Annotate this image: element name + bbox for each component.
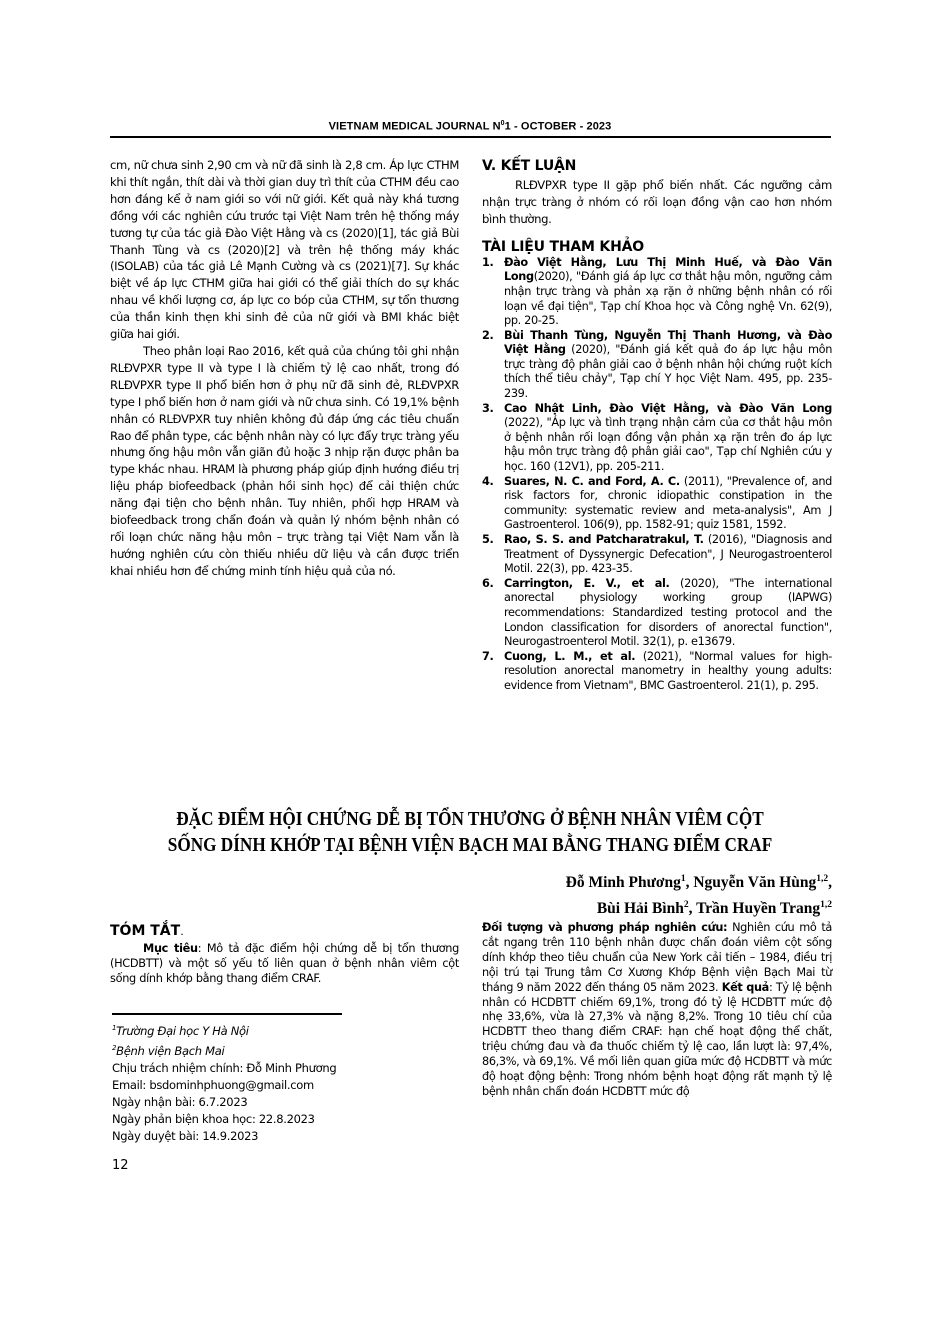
objective-label: Mục tiêu — [143, 942, 198, 955]
discussion-paragraph-1: cm, nữ chưa sinh 2,90 cm và nữ đã sinh l… — [110, 157, 459, 343]
author-affiliation: 1,2 — [820, 900, 832, 910]
reference-item: 6.Carrington, E. V., et al. (2020), "The… — [482, 577, 832, 650]
footnote-rule — [112, 1013, 342, 1015]
affiliation-text: Trường Đại học Y Hà Nội — [116, 1024, 249, 1038]
footnotes: 1Trường Đại học Y Hà Nội 2Bệnh viện Bạch… — [112, 1020, 452, 1145]
abstract-objective: Mục tiêu: Mô tả đặc điểm hội chứng dễ bị… — [110, 941, 459, 986]
reference-item: 7.Cuong, L. M., et al. (2021), "Normal v… — [482, 650, 832, 694]
reference-number: 1. — [482, 256, 493, 271]
reference-item: 5.Rao, S. S. and Patcharatrakul, T. (201… — [482, 533, 832, 577]
reference-number: 6. — [482, 577, 493, 592]
header-rule — [110, 136, 831, 138]
corresponding-email: Email: bsdominhphuong@gmail.com — [112, 1077, 452, 1094]
issue-date: 1 - OCTOBER - 2023 — [505, 121, 612, 133]
discussion-column: cm, nữ chưa sinh 2,90 cm và nữ đã sinh l… — [110, 157, 459, 580]
conclusion-heading: V. KẾT LUẬN — [482, 157, 832, 175]
received-date: Ngày nhận bài: 6.7.2023 — [112, 1094, 452, 1111]
reference-authors: Cao Nhật Linh, Đào Việt Hằng, và Đào Văn… — [504, 402, 832, 415]
discussion-paragraph-2: Theo phân loại Rao 2016, kết quả của chú… — [110, 343, 459, 580]
journal-name: VIETNAM MEDICAL JOURNAL N — [329, 121, 501, 133]
article-title-line-1: ĐẶC ĐIỂM HỘI CHỨNG DỄ BỊ TỔN THƯƠNG Ở BỆ… — [160, 806, 779, 832]
reference-item: 1.Đào Việt Hằng, Lưu Thị Minh Huế, và Đà… — [482, 256, 832, 329]
running-header: VIETNAM MEDICAL JOURNAL N01 - OCTOBER - … — [110, 120, 830, 133]
reference-text: (2020), "Đánh giá áp lực cơ thắt hậu môn… — [504, 270, 832, 327]
reference-number: 4. — [482, 475, 493, 490]
author-name: Nguyễn Văn Hùng — [693, 874, 816, 891]
methods-label: Đối tượng và phương pháp nghiên cứu: — [482, 921, 727, 934]
abstract-heading-text: TÓM TẮT — [110, 923, 180, 939]
reference-item: 2.Bùi Thanh Tùng, Nguyễn Thị Thanh Hương… — [482, 329, 832, 402]
author-name: Bùi Hải Bình — [597, 900, 684, 917]
abstract-heading-period: . — [180, 925, 184, 938]
review-date: Ngày phản biện khoa học: 22.8.2023 — [112, 1111, 452, 1128]
reference-authors: Rao, S. S. and Patcharatrakul, T. — [504, 533, 704, 546]
reference-number: 2. — [482, 329, 493, 344]
abstract-left: TÓM TẮT. Mục tiêu: Mô tả đặc điểm hội ch… — [110, 922, 459, 986]
references-list: 1.Đào Việt Hằng, Lưu Thị Minh Huế, và Đà… — [482, 256, 832, 694]
reference-number: 3. — [482, 402, 493, 417]
references-heading: TÀI LIỆU THAM KHẢO — [482, 238, 832, 256]
reference-number: 5. — [482, 533, 493, 548]
reference-authors: Carrington, E. V., et al. — [504, 577, 670, 590]
author-separator: , — [689, 900, 696, 917]
conclusion-references-column: V. KẾT LUẬN RLĐVPXR type II gặp phổ biến… — [482, 157, 832, 694]
reference-authors: Cuong, L. M., et al. — [504, 650, 635, 663]
reference-item: 3.Cao Nhật Linh, Đào Việt Hằng, và Đào V… — [482, 402, 832, 475]
journal-page: VIETNAM MEDICAL JOURNAL N01 - OCTOBER - … — [0, 0, 942, 1333]
author-name: Trần Huyền Trang — [696, 900, 820, 917]
author-separator: , — [828, 874, 832, 891]
page-number: 12 — [112, 1158, 129, 1173]
reference-item: 4.Suares, N. C. and Ford, A. C. (2011), … — [482, 475, 832, 533]
article-title-line-2: SỐNG DÍNH KHỚP TẠI BỆNH VIỆN BẠCH MAI BẰ… — [160, 832, 779, 858]
results-label: Kết quả — [722, 981, 769, 994]
reference-text: (2022), "Áp lực và tình trạng nhận cảm c… — [504, 416, 832, 473]
affiliation-2: 2Bệnh viện Bạch Mai — [112, 1040, 452, 1060]
abstract-heading: TÓM TẮT. — [110, 922, 459, 941]
author-list: Đỗ Minh Phương1, Nguyễn Văn Hùng1,2, Bùi… — [566, 868, 832, 920]
affiliation-1: 1Trường Đại học Y Hà Nội — [112, 1020, 452, 1040]
affiliation-text: Bệnh viện Bạch Mai — [116, 1044, 224, 1058]
abstract-right: Đối tượng và phương pháp nghiên cứu: Ngh… — [482, 921, 832, 1100]
accepted-date: Ngày duyệt bài: 14.9.2023 — [112, 1128, 452, 1145]
reference-number: 7. — [482, 650, 493, 665]
results-text: : Tỷ lệ bệnh nhân có HCDBTT chiếm 69,1%,… — [482, 981, 832, 1098]
author-name: Đỗ Minh Phương — [566, 874, 681, 891]
corresponding-author: Chịu trách nhiệm chính: Đỗ Minh Phương — [112, 1060, 452, 1077]
article-title: ĐẶC ĐIỂM HỘI CHỨNG DỄ BỊ TỔN THƯƠNG Ở BỆ… — [160, 806, 779, 858]
reference-authors: Suares, N. C. and Ford, A. C. — [504, 475, 680, 488]
conclusion-text: RLĐVPXR type II gặp phổ biến nhất. Các n… — [482, 177, 832, 228]
author-affiliation: 1,2 — [816, 874, 828, 884]
